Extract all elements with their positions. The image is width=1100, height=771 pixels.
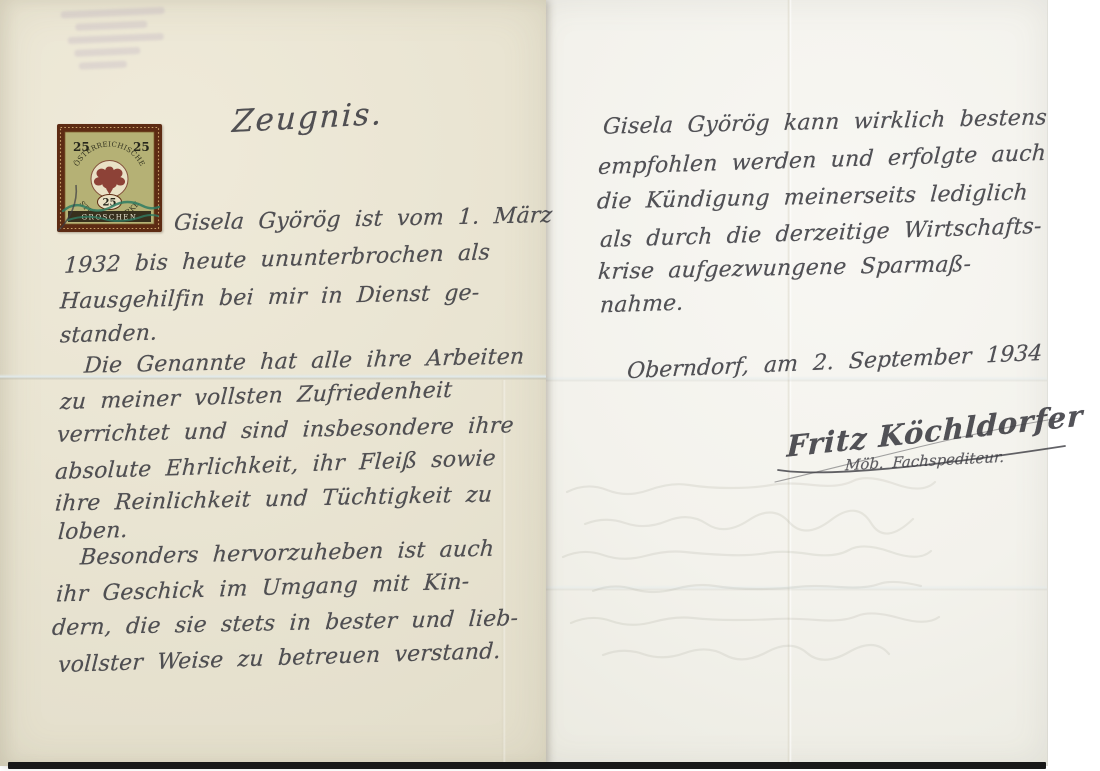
faint-ink-stamp-line	[75, 21, 147, 31]
revenue-stamp: 25 25 ÖSTERREICHISCHE STEMPELMARKE 25 GR…	[56, 123, 163, 233]
signature-flourish	[770, 400, 1070, 490]
handwritten-line: standen.	[59, 320, 158, 348]
handwritten-line: loben.	[57, 518, 128, 545]
fold-crease-horizontal	[0, 374, 546, 380]
handwritten-line: nahme.	[599, 291, 684, 319]
faint-ink-stamp-line	[74, 47, 140, 57]
scanned-document: 25 25 ÖSTERREICHISCHE STEMPELMARKE 25 GR…	[0, 0, 1100, 771]
scan-edge	[8, 762, 1046, 769]
faint-ink-stamp-line	[61, 7, 165, 19]
faint-ink-stamp-line	[68, 33, 164, 44]
faint-ink-stamp-line	[79, 61, 127, 70]
faint-ink-stamp	[47, 6, 188, 80]
